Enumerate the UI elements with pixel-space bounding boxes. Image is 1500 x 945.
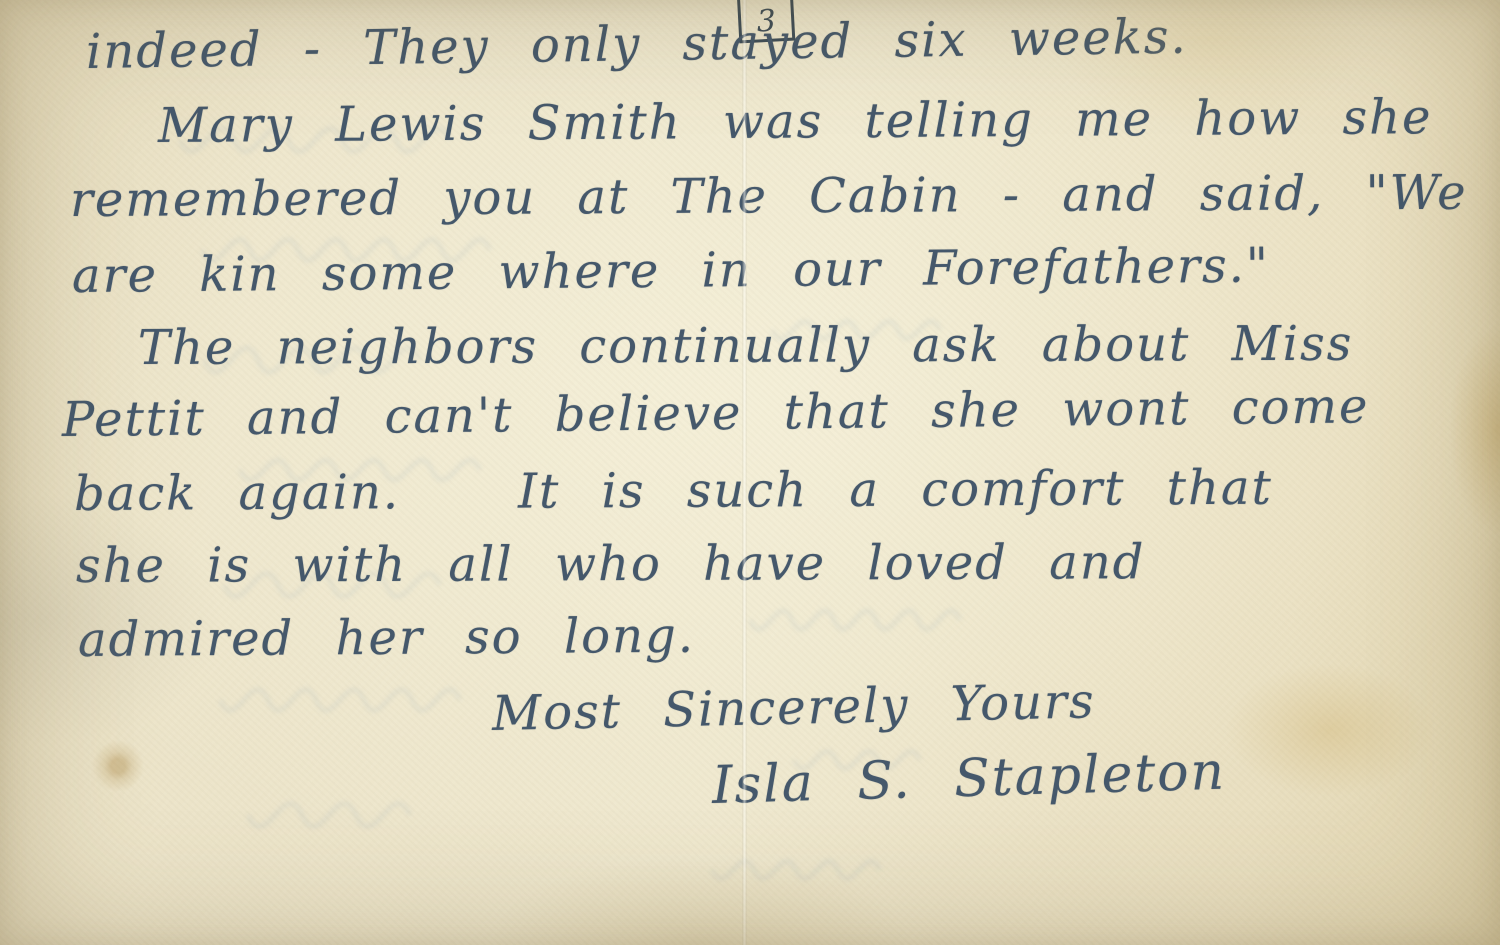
handwritten-line: Pettit and can't believe that she wont c…: [62, 378, 1370, 448]
handwritten-line: she is with all who have loved and: [76, 534, 1146, 594]
letter-page: 3 indeed - They only stayed six weeks. M…: [0, 0, 1500, 945]
handwritten-line: indeed - They only stayed six weeks.: [86, 9, 1188, 80]
handwritten-line: Mary Lewis Smith was telling me how she: [158, 89, 1433, 154]
handwritten-line: remembered you at The Cabin - and said, …: [70, 165, 1468, 228]
signature: Isla S. Stapleton: [711, 742, 1227, 816]
handwritten-phrase: It is such a comfort that: [518, 460, 1273, 520]
handwritten-phrase: back again.: [74, 464, 400, 522]
handwritten-line: The neighbors continually ask about Miss: [138, 316, 1353, 376]
handwritten-line: back again.It is such a comfort that: [74, 460, 1273, 522]
closing-line: Most Sincerely Yours: [491, 673, 1096, 742]
handwritten-line: admired her so long.: [78, 608, 695, 668]
handwritten-line: are kin some where in our Forefathers.": [72, 238, 1270, 304]
